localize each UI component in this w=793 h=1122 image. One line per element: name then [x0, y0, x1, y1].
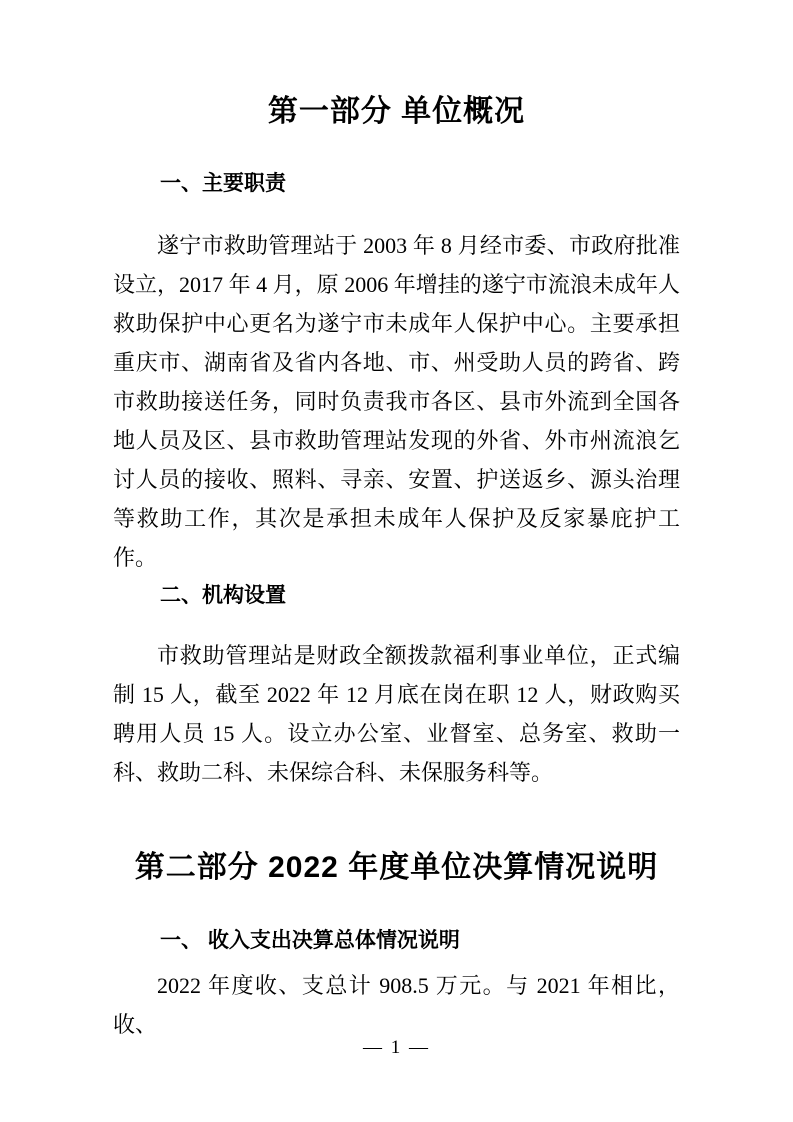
section-heading-budget-overview: 一、 收入支出决算总体情况说明 — [160, 928, 460, 953]
paragraph-organization: 市救助管理站是财政全额拨款福利事业单位，正式编制 15 人，截至 2022 年 … — [113, 636, 680, 792]
part2-title: 第二部分 2022 年度单位决算情况说明 — [0, 850, 793, 886]
paragraph-budget-overview: 2022 年度收、支总计 908.5 万元。与 2021 年相比，收、 — [113, 966, 680, 1044]
paragraph-main-duties: 遂宁市救助管理站于 2003 年 8 月经市委、市政府批准设立，2017 年 4… — [113, 226, 680, 577]
document-page: 第一部分 单位概况 一、主要职责 遂宁市救助管理站于 2003 年 8 月经市委… — [0, 0, 793, 1122]
page-number: — 1 — — [0, 1037, 793, 1059]
part1-title: 第一部分 单位概况 — [0, 94, 793, 130]
section-heading-organization: 二、机构设置 — [160, 583, 286, 608]
section-heading-main-duties: 一、主要职责 — [160, 171, 286, 196]
